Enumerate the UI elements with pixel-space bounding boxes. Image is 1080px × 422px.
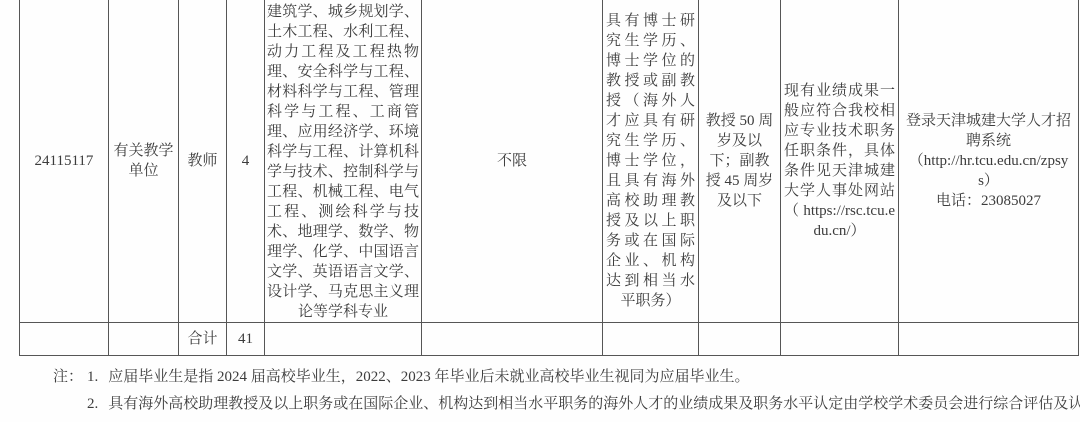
- majors-cell: 建筑学、城乡规划学、土木工程、水利工程、动力工程及工程热物理、安全科学与工程、材…: [265, 0, 422, 323]
- application-method-cell: 登录天津城建大学人才招聘系统 （http://hr.tcu.edu.cn/zps…: [899, 0, 1079, 323]
- footnotes: 注： 1. 应届毕业生是指 2024 届高校毕业生，2022、2023 年毕业后…: [53, 364, 1080, 418]
- empty-cell: [265, 323, 422, 356]
- note-number: 1.: [87, 364, 98, 391]
- qualification-cell: 具有博士研究生学历、博士学位的教授或副教授（海外人才应具有研究生学历、博士学位，…: [603, 0, 699, 323]
- age-limit-cell: 教授 50 周岁及以下；副教授 45 周岁及以下: [699, 0, 781, 323]
- scanned-document-page: 24115117 有关教学单位 教师 4 建筑学、城乡规划学、土木工程、水利工程…: [0, 0, 1080, 422]
- empty-cell: [422, 323, 603, 356]
- empty-cell: [781, 323, 899, 356]
- qualification-text: 具有博士研究生学历、博士学位的教授或副教授（海外人才应具有研究生学历、博士学位，…: [606, 11, 695, 311]
- post-code-cell: 24115117: [20, 0, 109, 323]
- empty-cell: [699, 323, 781, 356]
- headcount-cell: 4: [227, 0, 265, 323]
- note-prefix: 注：: [53, 364, 87, 391]
- unit-cell: 有关教学单位: [109, 0, 179, 323]
- application-system-text: 登录天津城建大学人才招聘系统: [903, 111, 1074, 151]
- total-label-cell: 合计: [179, 323, 227, 356]
- note-item: 2. 具有海外高校助理教授及以上职务或在国际企业、机构达到相当水平职务的海外人才…: [53, 391, 1080, 418]
- total-count-cell: 41: [227, 323, 265, 356]
- application-phone-text: 电话：23085027: [903, 191, 1074, 211]
- achievement-requirement-text: 现有业绩成果一般应符合我校相应专业技术职务任职条件，具体条件见天津城建大学人事处…: [784, 81, 895, 241]
- graduate-type-cell: 不限: [422, 0, 603, 323]
- post-title-cell: 教师: [179, 0, 227, 323]
- empty-cell: [109, 323, 179, 356]
- empty-cell: [603, 323, 699, 356]
- note-text: 具有海外高校助理教授及以上职务或在国际企业、机构达到相当水平职务的海外人才的业绩…: [108, 391, 1080, 418]
- note-number: 2.: [87, 391, 98, 418]
- empty-cell: [20, 323, 109, 356]
- note-text: 应届毕业生是指 2024 届高校毕业生，2022、2023 年毕业后未就业高校毕…: [108, 364, 749, 391]
- recruitment-table: 24115117 有关教学单位 教师 4 建筑学、城乡规划学、土木工程、水利工程…: [19, 0, 1079, 356]
- note-item: 注： 1. 应届毕业生是指 2024 届高校毕业生，2022、2023 年毕业后…: [53, 364, 1080, 391]
- empty-cell: [899, 323, 1079, 356]
- note-prefix-spacer: [53, 391, 87, 418]
- achievement-requirement-cell: 现有业绩成果一般应符合我校相应专业技术职务任职条件，具体条件见天津城建大学人事处…: [781, 0, 899, 323]
- application-url-text: （http://hr.tcu.edu.cn/zpsys）: [903, 151, 1074, 191]
